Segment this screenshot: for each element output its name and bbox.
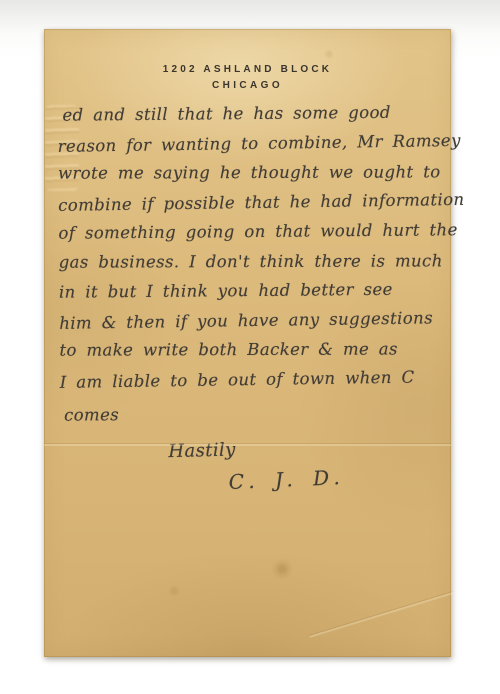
handwritten-line: him & then if you have any suggestions: [59, 303, 445, 338]
handwritten-line: of something going on that would hurt th…: [58, 215, 444, 248]
fold-crease-horizontal: [44, 443, 451, 446]
handwritten-line: reason for wanting to combine, Mr Ramsey: [57, 126, 443, 161]
letterhead-address: 1202 ASHLAND BLOCK: [44, 64, 451, 75]
handwritten-line: to make write both Backer & me as: [59, 334, 445, 365]
letter-paper: 1202 ASHLAND BLOCK CHICAGO ed and still …: [44, 29, 451, 657]
handwritten-line: combine if possible that he had informat…: [58, 185, 444, 220]
letterhead-city: CHICAGO: [44, 80, 451, 91]
fold-crease-corner: [309, 591, 453, 638]
handwritten-body: ed and still that he has some good reaso…: [57, 97, 446, 495]
scanned-letter-image: 1202 ASHLAND BLOCK CHICAGO ed and still …: [0, 0, 500, 694]
handwritten-line: wrote me saying he thought we ought to: [58, 157, 444, 188]
handwritten-line: gas business. I don't think there is muc…: [59, 246, 445, 277]
handwritten-line: I am liable to be out of town when C: [60, 362, 446, 397]
handwritten-line: in it but I think you had better see: [59, 274, 445, 307]
signature-initials: C. J. D.: [228, 459, 447, 498]
letterhead: 1202 ASHLAND BLOCK CHICAGO: [44, 64, 451, 91]
handwritten-line: ed and still that he has some good: [57, 97, 443, 130]
handwritten-line: comes: [60, 397, 446, 430]
